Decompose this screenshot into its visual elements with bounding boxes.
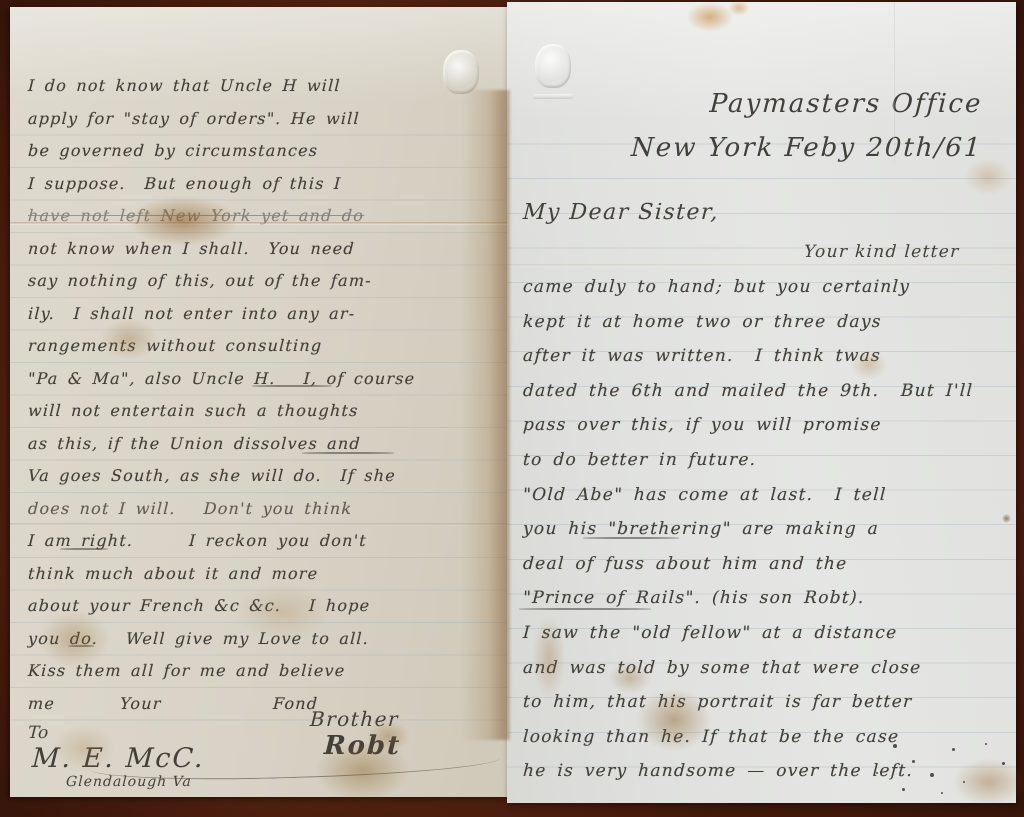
handwritten-line: I do not know that Uncle H will	[27, 70, 416, 103]
handwritten-line: ily. I shall not enter into any ar-	[27, 298, 416, 331]
left-page-body-text: I do not know that Uncle H willapply for…	[28, 70, 415, 720]
embossed-seal-caption	[533, 94, 573, 99]
salutation: My Dear Sister,	[522, 200, 719, 225]
letter-page-left: I do not know that Uncle H willapply for…	[10, 7, 507, 797]
handwritten-line: about your French &c &c. I hope	[27, 590, 416, 623]
handwritten-line: rangements without consulting	[27, 330, 416, 363]
right-page-body-text: came duly to hand; but you certainlykept…	[523, 270, 973, 789]
handwritten-line: say nothing of this, out of the fam-	[27, 265, 416, 298]
handwritten-line: I saw the "old fellow" at a distance	[522, 616, 974, 651]
embossed-crest-seal-icon	[443, 50, 479, 94]
handwritten-line: he is very handsome — over the left.	[522, 754, 974, 789]
letter-page-right: Paymasters Office New York Feby 20th/61 …	[507, 2, 1016, 803]
embossed-crest-seal-icon	[535, 44, 571, 88]
handwritten-line: does not I will. Don't you think	[27, 493, 416, 526]
fold-crease	[507, 264, 1016, 267]
handwritten-line: have not left New York yet and do	[27, 200, 416, 233]
handwritten-line: I suppose. But enough of this I	[27, 168, 416, 201]
signature-role: Brother	[309, 707, 401, 731]
letterhead-date: New York Feby 20th/61	[629, 126, 983, 170]
handwritten-line: I am right. I reckon you don't	[27, 525, 416, 558]
handwritten-line: looking than he. If that be the case	[522, 720, 974, 755]
letterhead-office: Paymasters Office	[629, 82, 983, 126]
handwritten-line: not know when I shall. You need	[27, 233, 416, 266]
handwritten-line: came duly to hand; but you certainly	[522, 270, 974, 305]
address-to: To	[27, 723, 205, 743]
handwritten-line: deal of fuss about him and the	[522, 547, 974, 582]
handwritten-line: to him, that his portrait is far better	[522, 685, 974, 720]
handwritten-line: as this, if the Union dissolves and	[27, 428, 416, 461]
handwritten-line: after it was written. I think twas	[522, 339, 974, 374]
handwritten-line: you his "brethering" are making a	[522, 512, 974, 547]
handwritten-line: kept it at home two or three days	[522, 305, 974, 340]
handwritten-line: Kiss them all for me and believe	[27, 655, 416, 688]
handwritten-line: and was told by some that were close	[522, 651, 974, 686]
letter-photograph: I do not know that Uncle H willapply for…	[0, 0, 1024, 817]
handwritten-line: "Pa & Ma", also Uncle H. I, of course	[27, 363, 416, 396]
handwritten-line: pass over this, if you will promise	[522, 408, 974, 443]
opening-line: Your kind letter	[804, 242, 961, 262]
signature-block: Brother Robt	[310, 707, 401, 761]
handwritten-line: will not entertain such a thoughts	[27, 395, 416, 428]
handwritten-line: to do better in future.	[522, 443, 974, 478]
address-block: To M. E. McC. Glendalough Va	[28, 723, 205, 790]
handwritten-line: Va goes South, as she will do. If she	[27, 460, 416, 493]
letterhead: Paymasters Office New York Feby 20th/61	[631, 82, 982, 170]
handwritten-line: think much about it and more	[27, 558, 416, 591]
handwritten-line: be governed by circumstances	[27, 135, 416, 168]
handwritten-line: apply for "stay of orders". He will	[27, 103, 416, 136]
handwritten-line: you do. Well give my Love to all.	[27, 623, 416, 656]
handwritten-line: "Prince of Rails". (his son Robt).	[522, 581, 974, 616]
handwritten-line: "Old Abe" has come at last. I tell	[522, 478, 974, 513]
handwritten-line: dated the 6th and mailed the 9th. But I'…	[522, 374, 974, 409]
